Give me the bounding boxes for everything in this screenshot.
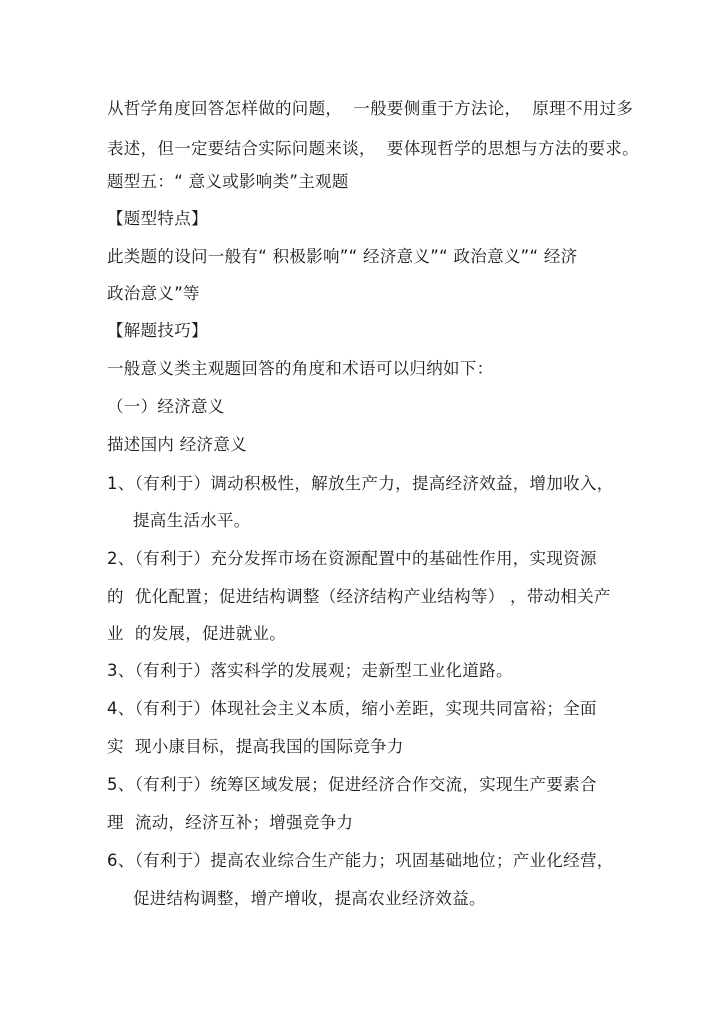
text-line: 此类题的设问一般有“ 积极影响”“ 经济意义”“ 政治意义”“ 经济 [107,247,578,267]
text-line: 提高生活水平。 [133,511,251,531]
text-line: 1、（有利于）调动积极性，解放生产力，提高经济效益，增加收入， [107,474,614,494]
text-line: 一般意义类主观题回答的角度和术语可以归纳如下： [107,359,493,379]
text-line: 表述，但一定要结合实际问题来谈， 要体现哲学的思想与方法的要求。 [107,139,639,159]
text-line: 6、（有利于）提高农业综合生产能力；巩固基础地位；产业化经营， [107,851,614,871]
text-line: 政治意义”等 [107,284,200,304]
text-line: 的 优化配置；促进结构调整（经济结构产业结构等） ，带动相关产 [107,587,611,607]
text-line: 4、（有利于）体现社会主义本质，缩小差距，实现共同富裕；全面 [107,699,597,719]
text-line: （一）经济意义 [107,397,225,417]
text-line: 【题型特点】 [107,209,208,229]
text-line: 描述国内 经济意义 [107,435,247,455]
text-line: 实 现小康目标，提高我国的国际竞争力 [107,737,404,757]
text-line: 从哲学角度回答怎样做的问题， 一般要侧重于方法论， 原理不用过多 [107,99,633,119]
text-line: 2、（有利于）充分发挥市场在资源配置中的基础性作用，实现资源 [107,549,597,569]
text-line: 5、（有利于）统筹区域发展；促进经济合作交流，实现生产要素合 [107,775,597,795]
text-line: 【解题技巧】 [107,321,208,341]
text-line: 题型五：“ 意义或影响类”主观题 [107,172,349,192]
text-line: 业 的发展，促进就业。 [107,624,286,644]
text-line: 理 流动，经济互补；增强竞争力 [107,813,353,833]
text-line: 促进结构调整，增产增收，提高农业经济效益。 [133,889,486,909]
text-line: 3、（有利于）落实科学的发展观；走新型工业化道路。 [107,661,513,681]
